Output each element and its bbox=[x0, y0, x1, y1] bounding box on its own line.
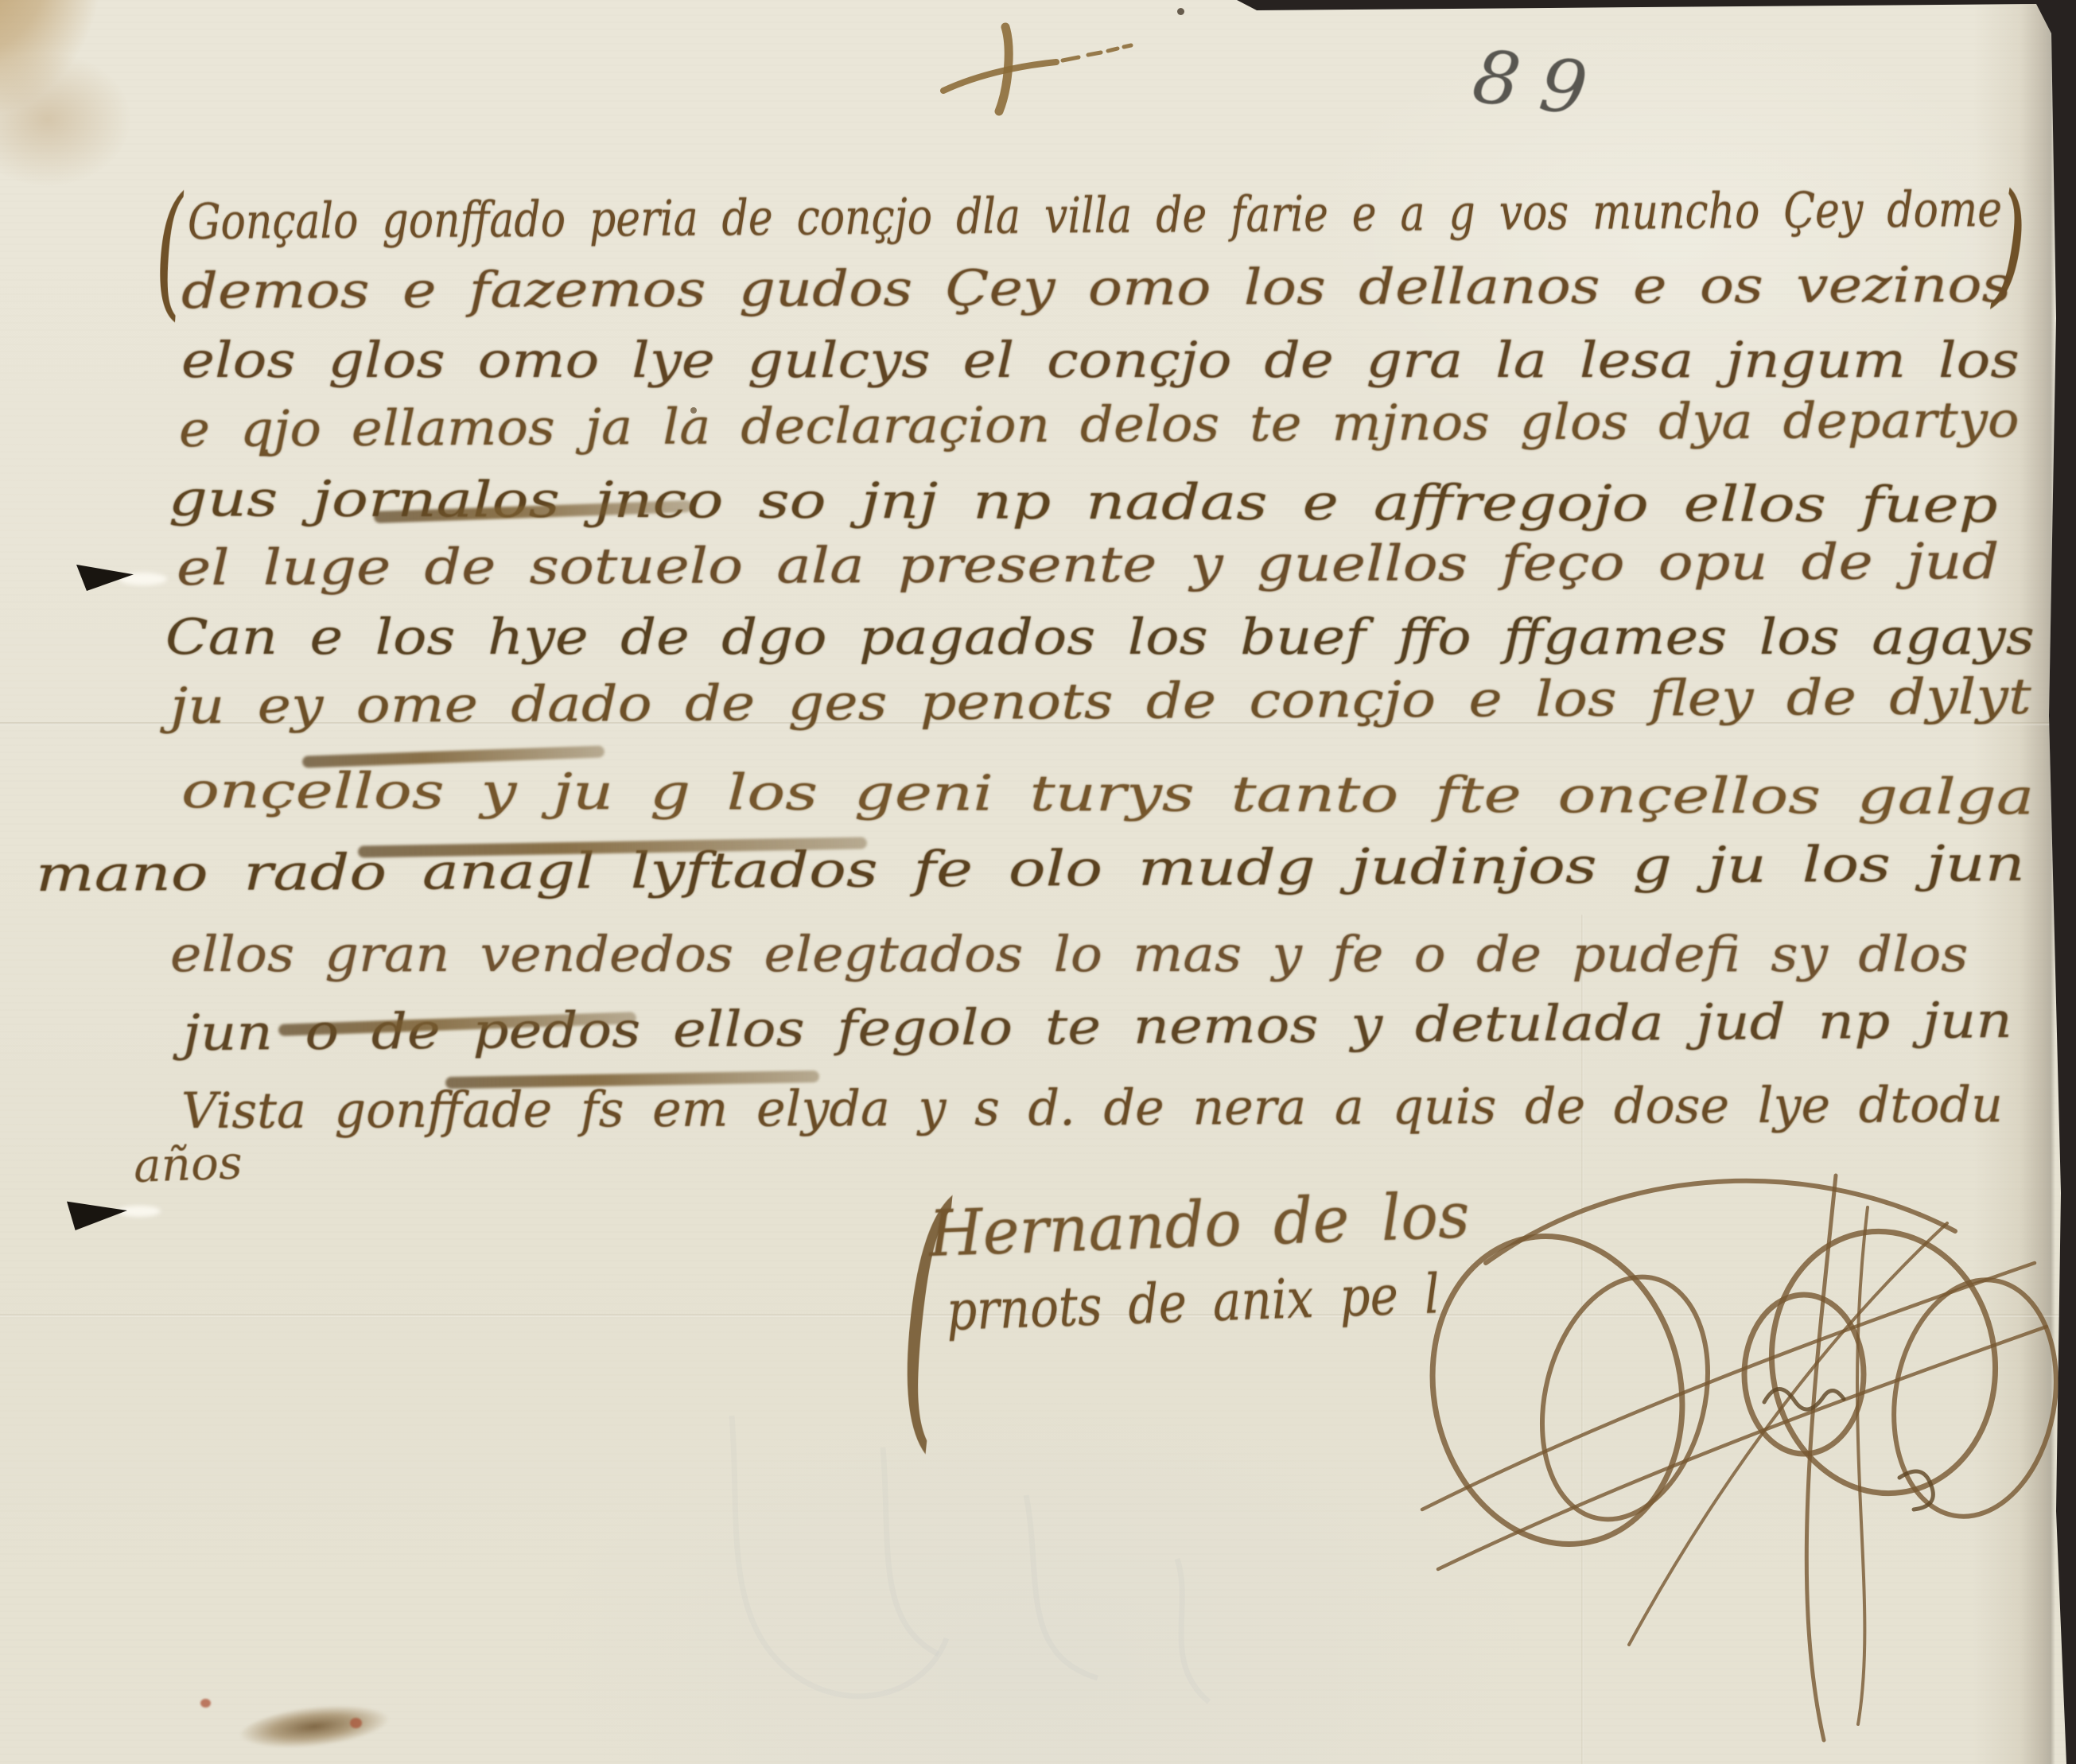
folio-number: 89 bbox=[1468, 33, 1612, 134]
manuscript-line: onçellos y ju g los geni turys tanto fte… bbox=[181, 761, 2035, 826]
ink-speck bbox=[690, 407, 697, 414]
year-word: años bbox=[133, 1135, 243, 1193]
manuscript-line: gus jornalos jnco so jnj np nadas e affr… bbox=[169, 469, 1998, 534]
signature-flourish: ( bbox=[897, 1141, 951, 1480]
cross-mark bbox=[937, 14, 1144, 134]
manuscript-line: ellos gran vendedos elegtados lo mas y f… bbox=[170, 925, 1968, 983]
manuscript-line: el luge de sotuelo ala presente y guello… bbox=[177, 532, 2000, 596]
signature-rubric bbox=[1390, 1136, 2074, 1756]
ink-bleedthrough bbox=[684, 1400, 1336, 1750]
red-speck bbox=[350, 1718, 362, 1728]
manuscript-line: Can e los hye de dgo pagados los buef ff… bbox=[165, 608, 2035, 666]
manuscript-line: ju ey ome dado de ges penots de conçjo e… bbox=[170, 667, 2031, 735]
paper-sheet: 89 ( ) ( Gonçalo gonffado peria de conçj… bbox=[0, 0, 2076, 1764]
scanned-manuscript-page: 89 ( ) ( Gonçalo gonffado peria de conçj… bbox=[0, 0, 2076, 1764]
manuscript-line: elos glos omo lye gulcys el conçjo de gr… bbox=[181, 331, 2020, 389]
red-speck bbox=[200, 1699, 211, 1708]
manuscript-line: demos e fazemos gudos Çey omo los dellan… bbox=[181, 255, 2012, 320]
manuscript-line: e qjo ellamos ja la declaraçion delos te… bbox=[179, 390, 2020, 458]
ink-speck bbox=[1177, 8, 1184, 15]
manuscript-line: mano rado anagl lyftados fe olo mudg jud… bbox=[36, 834, 2025, 903]
